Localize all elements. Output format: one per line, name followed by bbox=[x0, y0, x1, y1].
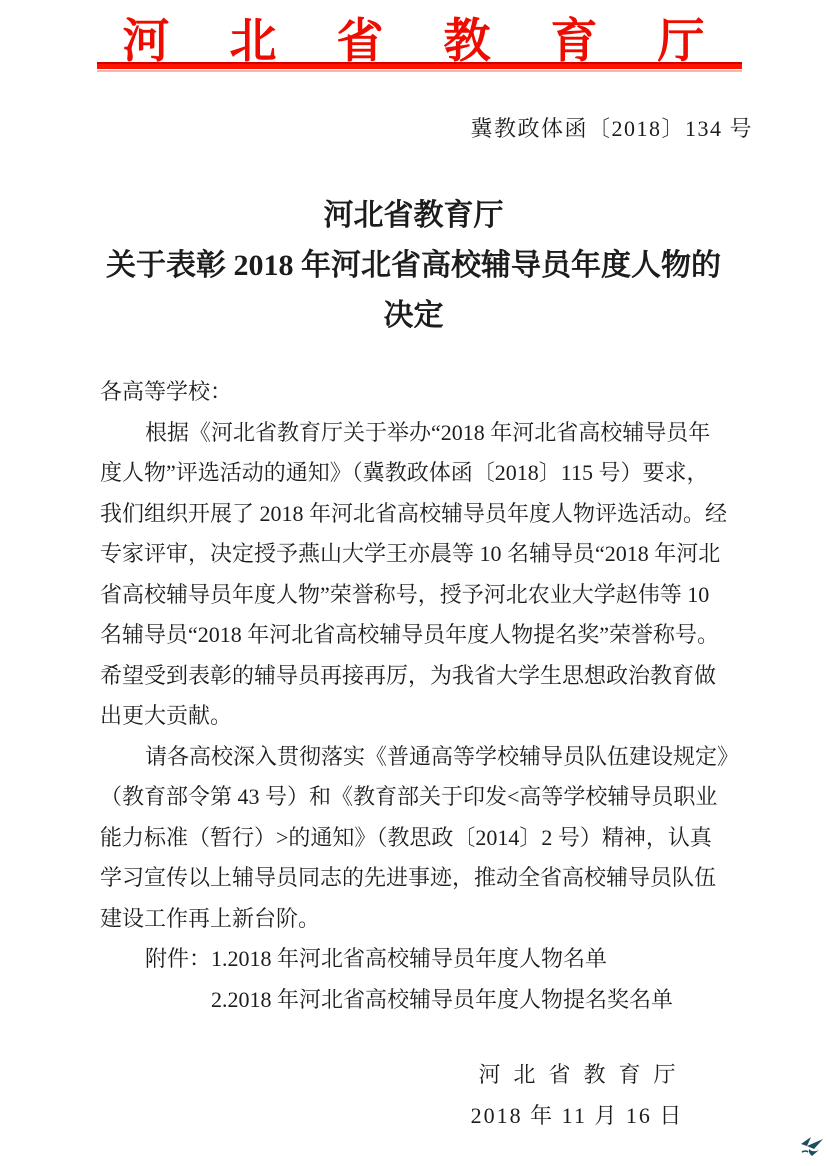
paragraph: 各高等学校： bbox=[100, 372, 745, 413]
attachment-item: 2.2018 年河北省高校辅导员年度人物提名奖名单 bbox=[211, 980, 673, 1021]
body-line: （教育部令第 43 号）和《教育部关于印发<高等学校辅导员职业 bbox=[100, 777, 745, 818]
document-number: 冀教政体函〔2018〕134 号 bbox=[470, 112, 753, 143]
body-line: 出更大贡献。 bbox=[100, 696, 745, 737]
body-line: 学习宣传以上辅导员同志的先进事迹，推动全省高校辅导员队伍 bbox=[100, 858, 745, 899]
letterhead-agency-title: 河北省教育厅 bbox=[0, 4, 827, 71]
document-title-line: 决定 bbox=[40, 291, 787, 341]
body-line: 专家评审，决定授予燕山大学王亦晨等 10 名辅导员“2018 年河北 bbox=[100, 534, 745, 575]
ink-scribble-icon bbox=[799, 1129, 825, 1159]
signature-date: 2018 年 11 月 16 日 bbox=[452, 1095, 702, 1136]
attachments-block: 附件： 1.2018 年河北省高校辅导员年度人物名单2.2018 年河北省高校辅… bbox=[145, 939, 745, 1020]
body-line: 名辅导员“2018 年河北省高校辅导员年度人物提名奖”荣誉称号。 bbox=[100, 615, 745, 656]
document-title-line: 关于表彰 2018 年河北省高校辅导员年度人物的 bbox=[40, 241, 787, 291]
attachments-list: 1.2018 年河北省高校辅导员年度人物名单2.2018 年河北省高校辅导员年度… bbox=[211, 939, 673, 1020]
document-title: 河北省教育厅 关于表彰 2018 年河北省高校辅导员年度人物的 决定 bbox=[40, 191, 787, 341]
signature-block: 河北省教育厅 2018 年 11 月 16 日 bbox=[452, 1054, 702, 1136]
body-line: 我们组织开展了 2018 年河北省高校辅导员年度人物评选活动。经 bbox=[100, 494, 745, 535]
signature-agency-name: 河北省教育厅 bbox=[452, 1054, 702, 1095]
paragraphs-container: 各高等学校：根据《河北省教育厅关于举办“2018 年河北省高校辅导员年度人物”评… bbox=[100, 372, 745, 939]
body-text: 各高等学校：根据《河北省教育厅关于举办“2018 年河北省高校辅导员年度人物”评… bbox=[100, 372, 745, 1020]
body-line: 度人物”评选活动的通知》（冀教政体函〔2018〕115 号）要求， bbox=[100, 453, 745, 494]
header-red-rule bbox=[97, 62, 742, 72]
attachment-item: 1.2018 年河北省高校辅导员年度人物名单 bbox=[211, 939, 673, 980]
body-line: 希望受到表彰的辅导员再接再厉，为我省大学生思想政治教育做 bbox=[100, 656, 745, 697]
body-line: 能力标准（暂行）>的通知》（教思政〔2014〕2 号）精神，认真 bbox=[100, 818, 745, 859]
body-line: 各高等学校： bbox=[100, 372, 745, 413]
body-line: 根据《河北省教育厅关于举办“2018 年河北省高校辅导员年 bbox=[100, 413, 745, 454]
paragraph: 根据《河北省教育厅关于举办“2018 年河北省高校辅导员年度人物”评选活动的通知… bbox=[100, 413, 745, 737]
document-page: 河北省教育厅 冀教政体函〔2018〕134 号 河北省教育厅 关于表彰 2018… bbox=[0, 0, 827, 1166]
body-line: 建设工作再上新台阶。 bbox=[100, 899, 745, 940]
body-line: 省高校辅导员年度人物”荣誉称号，授予河北农业大学赵伟等 10 bbox=[100, 575, 745, 616]
body-line: 请各高校深入贯彻落实《普通高等学校辅导员队伍建设规定》 bbox=[100, 737, 745, 778]
document-title-line: 河北省教育厅 bbox=[40, 191, 787, 241]
attachments-label: 附件： bbox=[145, 939, 211, 1020]
paragraph: 请各高校深入贯彻落实《普通高等学校辅导员队伍建设规定》（教育部令第 43 号）和… bbox=[100, 737, 745, 940]
